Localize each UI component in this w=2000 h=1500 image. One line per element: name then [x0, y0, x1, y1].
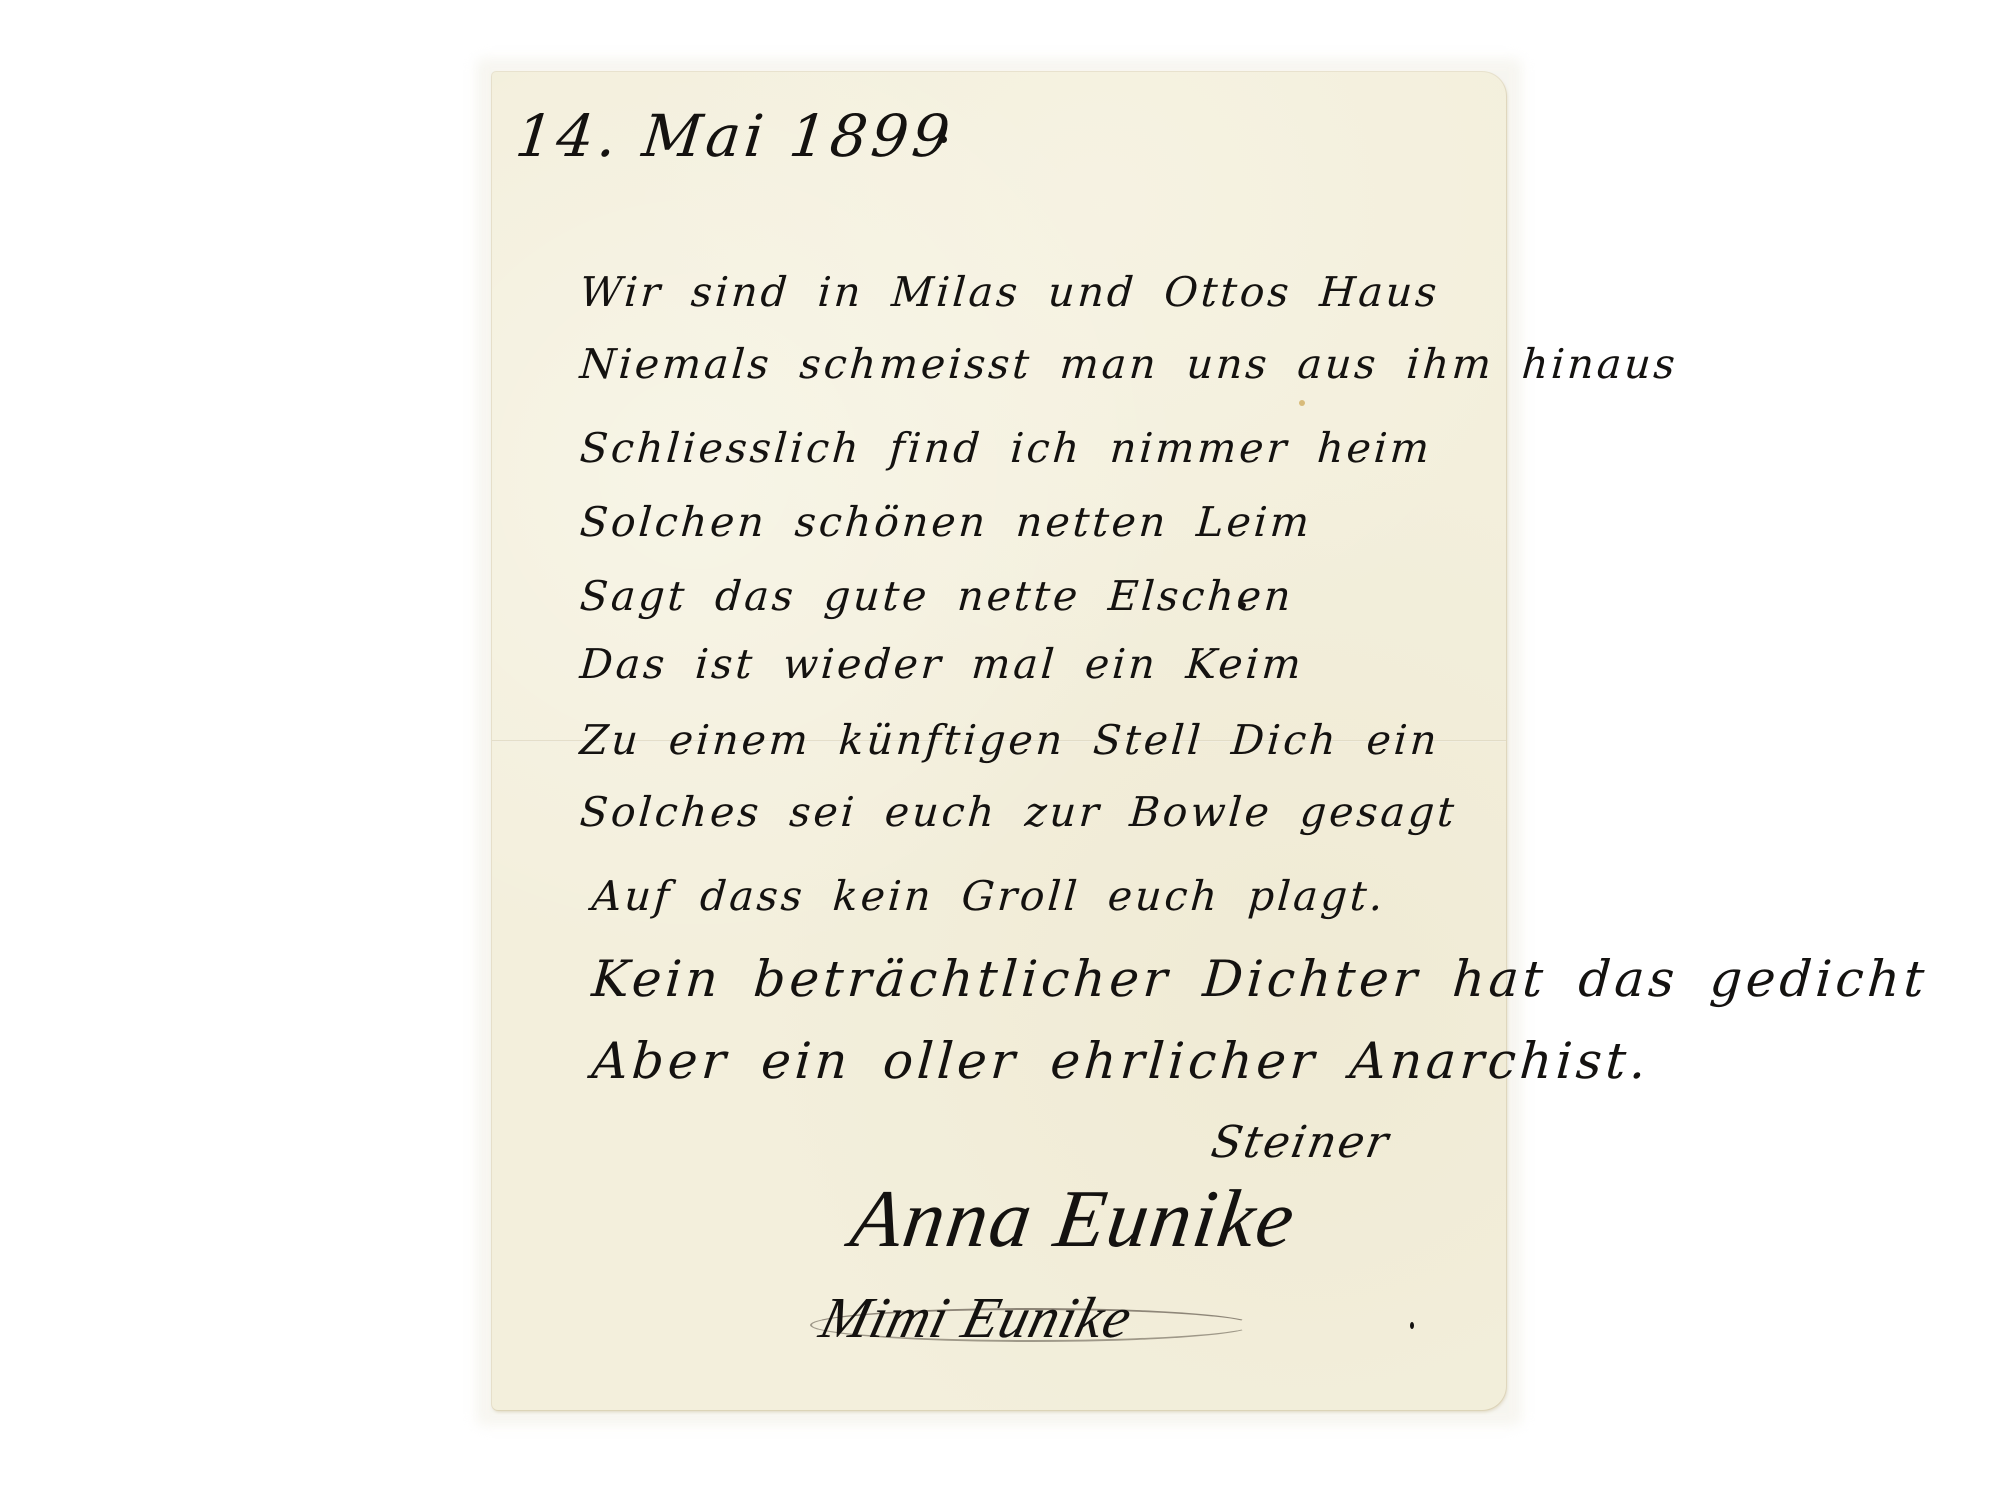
poem-line-6: Das ist wieder mal ein Keim — [578, 640, 1305, 688]
signature-anna-eunike: Anna Eunike — [845, 1172, 1301, 1266]
signature-mimi-eunike: Mimi Eunike — [814, 1284, 1140, 1351]
poem-line-3: Schliesslich find ich nimmer heim — [578, 424, 1433, 472]
signature-steiner: Steiner — [1208, 1117, 1394, 1168]
letter-date: 14. Mai 1899 — [512, 102, 956, 170]
poem-line-2: Niemals schmeisst man uns aus ihm hinaus — [578, 340, 1679, 388]
poem-line-5: Sagt das gute nette Elschen — [578, 572, 1295, 620]
ink-dot — [940, 136, 947, 143]
poem-line-8: Solches sei euch zur Bowle gesagt — [578, 788, 1458, 836]
poem-line-7: Zu einem künftigen Stell Dich ein — [578, 716, 1441, 764]
poem-line-10: Kein beträchtlicher Dichter hat das gedi… — [590, 950, 1930, 1008]
paper-stain — [1299, 400, 1305, 406]
ink-dot — [1238, 602, 1246, 609]
poem-line-4: Solchen schönen netten Leim — [578, 498, 1313, 546]
ink-dot — [1410, 1322, 1414, 1329]
letter-sheet: 14. Mai 1899 Wir sind in Milas und Ottos… — [492, 72, 1506, 1410]
poem-line-1: Wir sind in Milas und Ottos Haus — [578, 268, 1441, 316]
poem-line-11: Aber ein oller ehrlicher Anarchist. — [590, 1032, 1652, 1090]
poem-line-9: Auf dass kein Groll euch plagt. — [590, 872, 1387, 920]
